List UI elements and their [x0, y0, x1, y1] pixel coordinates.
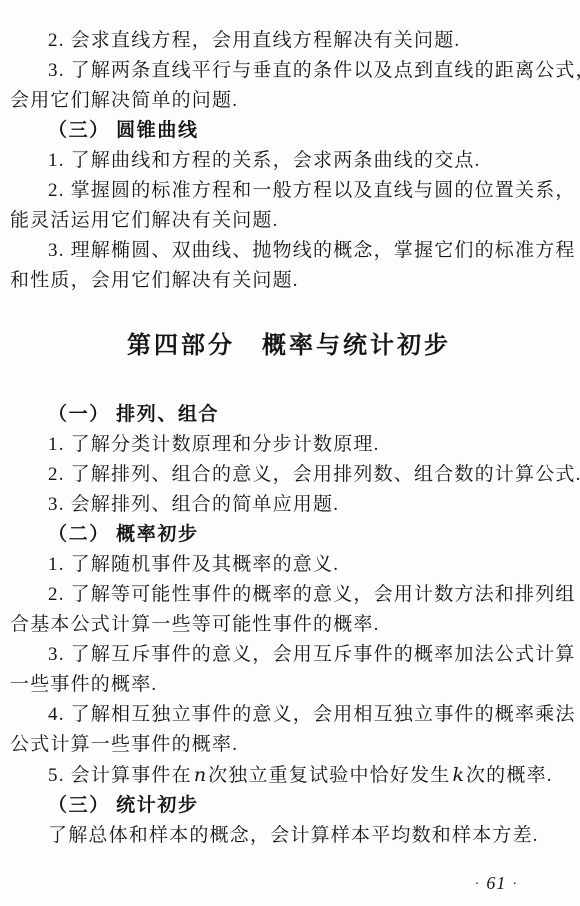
text-segment: 次独立重复试验中恰好发生: [208, 765, 450, 786]
text-segment: 5. 会计算事件在: [48, 765, 192, 786]
text-line: 能灵活运用它们解决有关问题.: [10, 206, 568, 236]
page-footer: ·61·: [475, 873, 518, 894]
text-line: 2. 了解排列、组合的意义，会用排列数、组合数的计算公式.: [10, 460, 568, 490]
text-line: 2. 会求直线方程，会用直线方程解决有关问题.: [10, 26, 568, 56]
text-line: 2. 掌握圆的标准方程和一般方程以及直线与圆的位置关系，: [10, 176, 568, 206]
text-line: 3. 了解两条直线平行与垂直的条件以及点到直线的距离公式，: [10, 56, 568, 86]
text-line: 3. 理解椭圆、双曲线、抛物线的概念，掌握它们的标准方程: [10, 236, 568, 266]
text-line: 3. 了解互斥事件的意义，会用互斥事件的概率加法公式计算: [10, 640, 568, 670]
text-line: 会用它们解决简单的问题.: [10, 86, 568, 116]
text-line: 3. 会解排列、组合的简单应用题.: [10, 490, 568, 520]
text-line: 合基本公式计算一些等可能性事件的概率.: [10, 610, 568, 640]
text-line: 和性质，会用它们解决有关问题.: [10, 266, 568, 296]
text-line: 1. 了解随机事件及其概率的意义.: [10, 550, 568, 580]
section-heading: （三） 圆锥曲线: [10, 116, 568, 146]
text-line: 5. 会计算事件在n次独立重复试验中恰好发生k次的概率.: [10, 760, 568, 791]
text-line: 1. 了解曲线和方程的关系，会求两条曲线的交点.: [10, 146, 568, 176]
math-variable: k: [450, 764, 466, 786]
text-line: 了解总体和样本的概念，会计算样本平均数和样本方差.: [10, 821, 568, 851]
text-line: 4. 了解相互独立事件的意义，会用相互独立事件的概率乘法: [10, 700, 568, 730]
text-line: 公式计算一些事件的概率.: [10, 730, 568, 760]
text-line: 一些事件的概率.: [10, 670, 568, 700]
text-line: 2. 了解等可能性事件的概率的意义，会用计数方法和排列组: [10, 580, 568, 610]
text-line: 1. 了解分类计数原理和分步计数原理.: [10, 430, 568, 460]
section-heading: （二） 概率初步: [10, 520, 568, 550]
scanned-document-page: 2. 会求直线方程，会用直线方程解决有关问题.3. 了解两条直线平行与垂直的条件…: [0, 0, 580, 906]
math-variable: n: [192, 764, 208, 786]
text-segment: 次的概率.: [466, 765, 553, 786]
section-heading: （一） 排列、组合: [10, 400, 568, 430]
page-number: 61: [480, 873, 512, 893]
page-body: 2. 会求直线方程，会用直线方程解决有关问题.3. 了解两条直线平行与垂直的条件…: [10, 26, 568, 851]
footer-right-dot: ·: [512, 877, 518, 892]
part-title: 第四部分 概率与统计初步: [10, 328, 568, 364]
section-heading: （三） 统计初步: [10, 791, 568, 821]
